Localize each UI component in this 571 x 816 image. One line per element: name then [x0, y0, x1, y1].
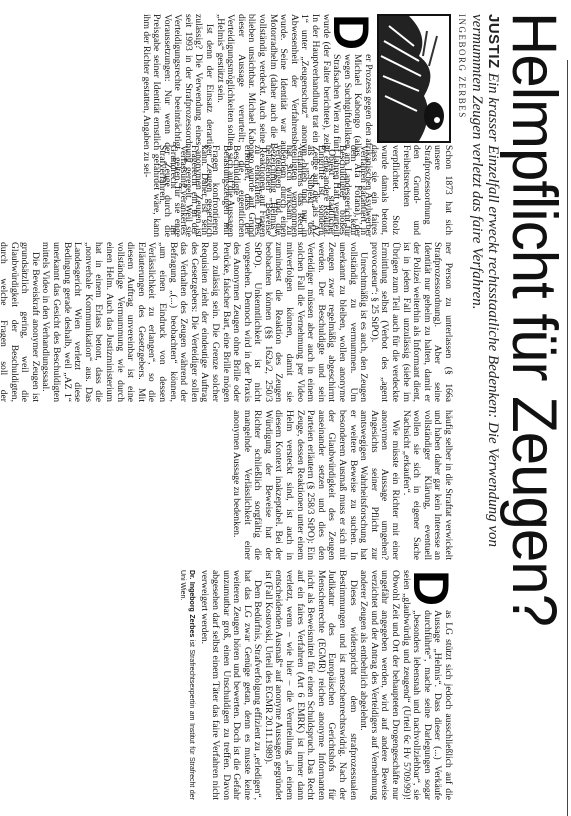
paragraph: Wie müsste ein Richter mit einer anonyme…: [231, 410, 401, 560]
section-rubric: JUSTIZ: [485, 14, 502, 69]
author-portrait-photo: [377, 14, 451, 143]
article-column-5: D as LG stützt sich jedoch ausschließlic…: [178, 570, 453, 800]
portrait-illustration-icon: [379, 16, 449, 141]
article-column-3: ner Person zu unterlassen (§ 166a Strafp…: [0, 242, 453, 402]
article-column-2: D er Prozess gegen den afrikanischen Asy…: [140, 14, 373, 237]
byline: INGEBORG ZERBES: [457, 14, 467, 119]
paragraph: Ist denn der Einsatz derartiger Zeugen g…: [140, 14, 214, 237]
deck-text: Ein krasser Einzelfall erweckt rechtssta…: [469, 14, 501, 547]
author-bio: Dr. Ingeborg Zerbes ist Strafrechtsexper…: [178, 570, 196, 800]
bio-name: Dr. Ingeborg Zerbes: [188, 570, 195, 637]
paragraph: Dieses widerspricht dem strafprozessuale…: [262, 570, 357, 800]
paragraph: Die Beweiskraft anonymer Zeugen ist grun…: [0, 242, 40, 402]
paragraph: häufig selber in die Straftat verwickelt…: [400, 410, 453, 560]
article-column-4: häufig selber in die Straftat verwickelt…: [231, 410, 453, 560]
paragraph: Dem Bedürfnis, Strafverfolgung effizient…: [199, 570, 263, 800]
deck: JUSTIZEin krasser Einzelfall erweckt rec…: [469, 14, 501, 574]
newspaper-page: Helmpflicht für Zeugen? JUSTIZEin krasse…: [0, 0, 571, 816]
drop-cap: D: [411, 570, 451, 606]
drop-cap: D: [331, 14, 371, 50]
headline: Helmpflicht für Zeugen?: [501, 12, 566, 812]
paragraph: Unrechtmäßig ist es auch, den Zeugen vol…: [40, 242, 368, 402]
paragraph: ner Person zu unterlassen (§ 166a Strafp…: [368, 242, 453, 402]
